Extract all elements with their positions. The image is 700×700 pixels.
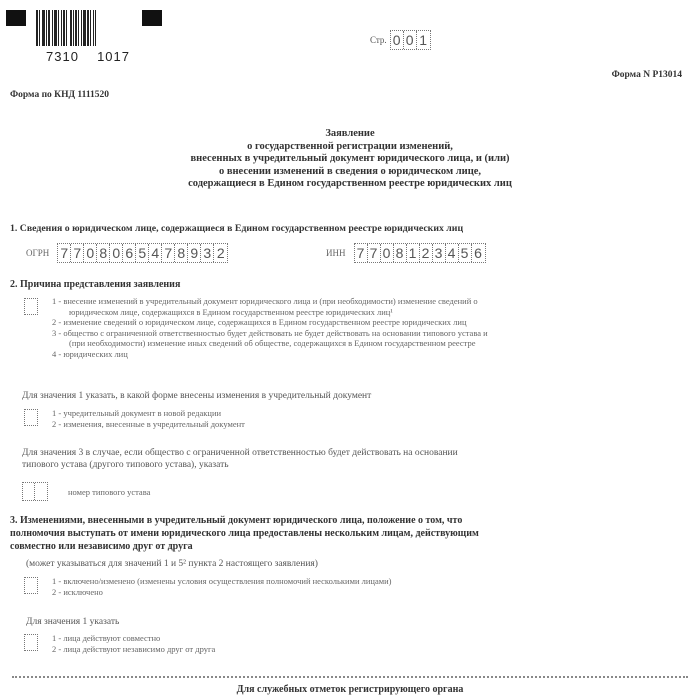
- ogrn-digit: 5: [136, 244, 149, 262]
- inn-input[interactable]: 7708123456: [354, 243, 486, 263]
- ogrn-digit: 4: [149, 244, 162, 262]
- ogrn-digit: 8: [97, 244, 110, 262]
- form-number: Форма N Р13014: [612, 70, 682, 80]
- document-title: Заявление о государственной регистрации …: [0, 128, 700, 191]
- inn-digit: 7: [355, 244, 368, 262]
- inn-digit: 5: [459, 244, 472, 262]
- value1-prompt: Для значения 1 указать, в какой форме вн…: [22, 390, 371, 402]
- ogrn-label: ОГРН: [26, 248, 49, 258]
- ogrn-digit: 8: [175, 244, 188, 262]
- page-number-cells: 0 0 1: [390, 30, 431, 50]
- barcode: 7310 1017: [36, 10, 132, 56]
- joint-action-options: 1 - лица действуют совместно 2 - лица де…: [52, 633, 215, 654]
- inn-digit: 2: [420, 244, 433, 262]
- knd-code: Форма по КНД 1111520: [10, 90, 109, 100]
- ogrn-digit: 2: [214, 244, 227, 262]
- alignment-marker-right: [142, 10, 162, 26]
- inn-digit: 4: [446, 244, 459, 262]
- ogrn-digit: 3: [201, 244, 214, 262]
- ogrn-digit: 7: [71, 244, 84, 262]
- section-3-heading: 3. Изменениями, внесенными в учредительн…: [10, 514, 479, 553]
- inn-label: ИНН: [326, 248, 346, 258]
- inn-digit: 1: [407, 244, 420, 262]
- inn-field: ИНН 7708123456: [326, 243, 486, 263]
- section-1-heading: 1. Сведения о юридическом лице, содержащ…: [10, 223, 463, 234]
- reason-options: 1 - внесение изменений в учредительный д…: [52, 296, 488, 359]
- joint-action-input[interactable]: [24, 634, 38, 651]
- section-3-note: (может указываться для значений 1 и 5² п…: [26, 558, 318, 570]
- inn-digit: 3: [433, 244, 446, 262]
- official-marks-heading: Для служебных отметок регистрирующего ор…: [0, 684, 700, 697]
- inn-digit: 0: [381, 244, 394, 262]
- alignment-marker-left: [6, 10, 26, 26]
- reason-input[interactable]: [24, 298, 38, 315]
- ogrn-digit: 7: [58, 244, 71, 262]
- page-number-block: Стр. 0 0 1: [370, 30, 431, 50]
- charter-number-label: номер типового устава: [68, 487, 150, 498]
- value3-prompt: Для значения 3 в случае, если общество с…: [22, 447, 458, 471]
- barcode-bars: [36, 10, 132, 46]
- ogrn-digit: 6: [123, 244, 136, 262]
- ogrn-digit: 0: [84, 244, 97, 262]
- charter-number-input[interactable]: [22, 482, 48, 501]
- ogrn-digit: 0: [110, 244, 123, 262]
- inn-digit: 6: [472, 244, 485, 262]
- ogrn-digit: 7: [162, 244, 175, 262]
- authority-change-options: 1 - включено/изменено (изменены условия …: [52, 576, 392, 597]
- page-label: Стр.: [370, 35, 387, 45]
- ogrn-field: ОГРН 7708065478932: [26, 243, 228, 263]
- inn-digit: 7: [368, 244, 381, 262]
- section-3-value1-prompt: Для значения 1 указать: [26, 616, 119, 628]
- change-form-input[interactable]: [24, 409, 38, 426]
- barcode-number: 7310 1017: [44, 50, 132, 64]
- inn-digit: 8: [394, 244, 407, 262]
- authority-change-input[interactable]: [24, 577, 38, 594]
- ogrn-digit: 9: [188, 244, 201, 262]
- ogrn-input[interactable]: 7708065478932: [57, 243, 228, 263]
- separator: [12, 676, 688, 678]
- change-form-options: 1 - учредительный документ в новой редак…: [52, 408, 245, 429]
- section-2-heading: 2. Причина представления заявления: [10, 279, 180, 290]
